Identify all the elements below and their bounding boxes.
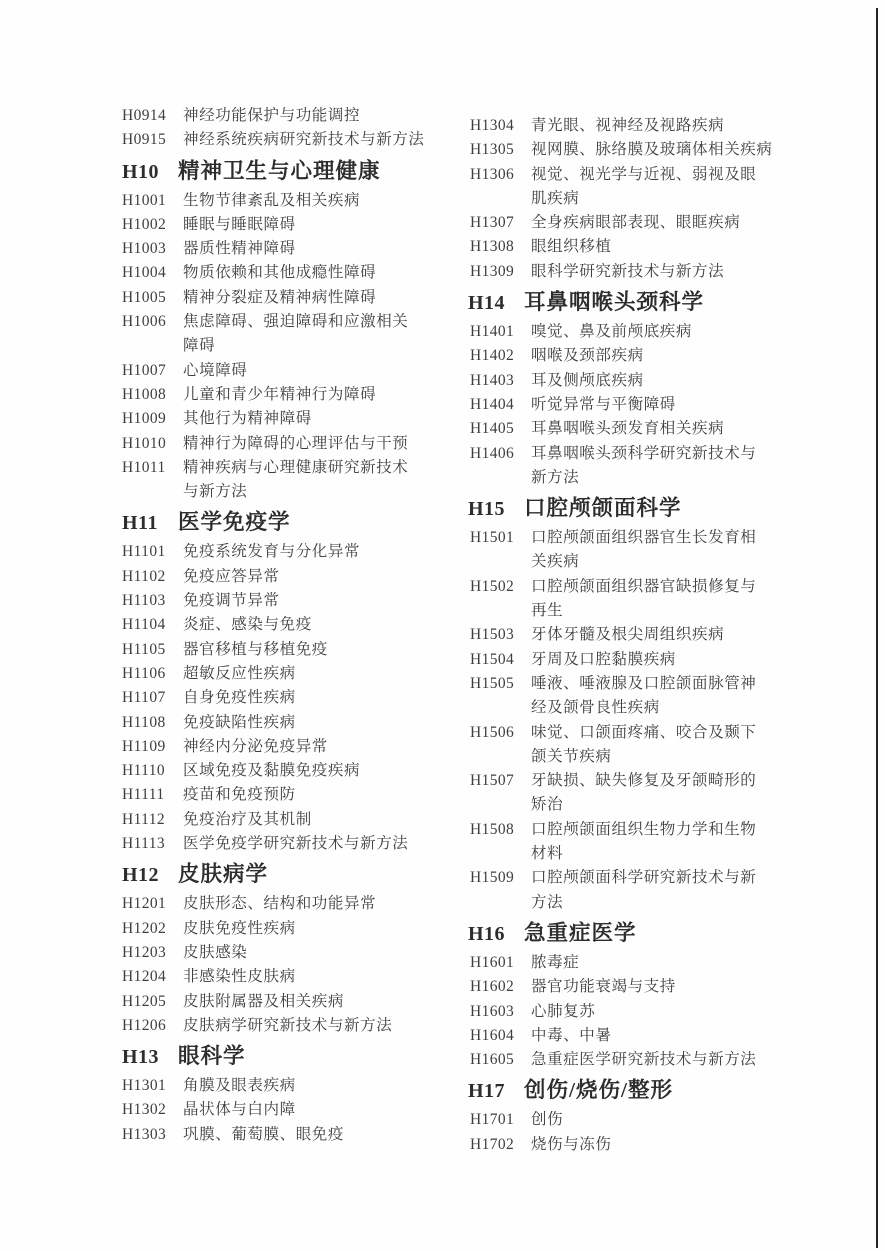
category-text: 免疫治疗及其机制 [183, 808, 445, 832]
category-row: H1108免疫缺陷性疾病 [122, 711, 492, 735]
category-row: H1104炎症、感染与免疫 [122, 613, 492, 637]
category-row: H1007心境障碍 [122, 359, 492, 383]
category-row: H1402咽喉及颈部疾病 [470, 344, 838, 368]
document-page: H0914神经功能保护与功能调控H0915神经系统疾病研究新技术与新方法H10精… [0, 0, 885, 1251]
category-text: 免疫调节异常 [183, 589, 445, 613]
category-text: 皮肤附属器及相关疾病 [183, 990, 445, 1014]
section-title: 口腔颅颌面科学 [524, 495, 682, 521]
section-header: H14耳鼻咽喉头颈科学 [468, 289, 838, 316]
category-text: 急重症医学研究新技术与新方法 [531, 1048, 793, 1072]
category-row: H1302晶状体与白内障 [122, 1098, 492, 1122]
category-code: H1401 [470, 320, 531, 344]
category-text: 牙周及口腔黏膜疾病 [531, 648, 793, 672]
category-code: H1308 [470, 235, 531, 259]
category-row: H1309眼科学研究新技术与新方法 [470, 260, 838, 284]
category-row: H1307全身疾病眼部表现、眼眶疾病 [470, 211, 838, 235]
category-text: 焦虑障碍、强迫障碍和应激相关 障碍 [183, 310, 445, 359]
category-row: H1109神经内分泌免疫异常 [122, 735, 492, 759]
section-title: 急重症医学 [524, 920, 637, 946]
category-row: H1002睡眠与睡眠障碍 [122, 213, 492, 237]
category-row: H1106超敏反应性疾病 [122, 662, 492, 686]
category-text: 口腔颅颌面组织器官生长发育相 关疾病 [531, 526, 793, 575]
category-row: H1509口腔颅颌面科学研究新技术与新 方法 [470, 866, 838, 915]
category-text: 口腔颅颌面组织器官缺损修复与 再生 [531, 575, 793, 624]
category-row: H1006焦虑障碍、强迫障碍和应激相关 障碍 [122, 310, 492, 359]
category-text: 唾液、唾液腺及口腔颌面脉管神 经及颌骨良性疾病 [531, 672, 793, 721]
category-text: 精神分裂症及精神病性障碍 [183, 286, 445, 310]
section-header: H11医学免疫学 [122, 509, 492, 536]
category-code: H1105 [122, 638, 183, 662]
category-code: H1508 [470, 818, 531, 842]
section-header: H10精神卫生与心理健康 [122, 158, 492, 185]
category-row: H1601脓毒症 [470, 951, 838, 975]
category-text: 皮肤病学研究新技术与新方法 [183, 1014, 445, 1038]
category-row: H1110区域免疫及黏膜免疫疾病 [122, 759, 492, 783]
category-text: 疫苗和免疫预防 [183, 783, 445, 807]
category-row: H0914神经功能保护与功能调控 [122, 104, 492, 128]
category-code: H1206 [122, 1014, 183, 1038]
category-code: H0914 [122, 104, 183, 128]
category-code: H1702 [470, 1133, 531, 1157]
category-row: H1702烧伤与冻伤 [470, 1133, 838, 1157]
category-text: 全身疾病眼部表现、眼眶疾病 [531, 211, 793, 235]
category-row: H1011精神疾病与心理健康研究新技术 与新方法 [122, 456, 492, 505]
category-row: H1204非感染性皮肤病 [122, 965, 492, 989]
category-row: H1004物质依赖和其他成瘾性障碍 [122, 261, 492, 285]
category-row: H1103免疫调节异常 [122, 589, 492, 613]
category-text: 耳及侧颅底疾病 [531, 369, 793, 393]
category-text: 区域免疫及黏膜免疫疾病 [183, 759, 445, 783]
category-row: H1504牙周及口腔黏膜疾病 [470, 648, 838, 672]
category-code: H1011 [122, 456, 183, 480]
category-text: 精神行为障碍的心理评估与干预 [183, 432, 445, 456]
category-row: H1306视觉、视光学与近视、弱视及眼 肌疾病 [470, 163, 838, 212]
category-code: H1301 [122, 1074, 183, 1098]
category-row: H1009其他行为精神障碍 [122, 407, 492, 431]
section-header: H12皮肤病学 [122, 861, 492, 888]
category-text: 自身免疫性疾病 [183, 686, 445, 710]
category-code: H1010 [122, 432, 183, 456]
category-code: H0915 [122, 128, 183, 152]
section-header: H15口腔颅颌面科学 [468, 495, 838, 522]
category-text: 晶状体与白内障 [183, 1098, 445, 1122]
category-code: H1303 [122, 1123, 183, 1147]
category-code: H1404 [470, 393, 531, 417]
category-row: H1206皮肤病学研究新技术与新方法 [122, 1014, 492, 1038]
category-text: 烧伤与冻伤 [531, 1133, 793, 1157]
category-row: H1203皮肤感染 [122, 941, 492, 965]
category-text: 医学免疫学研究新技术与新方法 [183, 832, 445, 856]
category-text: 眼科学研究新技术与新方法 [531, 260, 793, 284]
category-code: H1007 [122, 359, 183, 383]
category-row: H1308眼组织移植 [470, 235, 838, 259]
category-text: 耳鼻咽喉头颈发育相关疾病 [531, 417, 793, 441]
category-code: H1104 [122, 613, 183, 637]
category-text: 器官移植与移植免疫 [183, 638, 445, 662]
category-row: H1303巩膜、葡萄膜、眼免疫 [122, 1123, 492, 1147]
category-text: 耳鼻咽喉头颈科学研究新技术与 新方法 [531, 442, 793, 491]
right-column: H1304青光眼、视神经及视路疾病H1305视网膜、脉络膜及玻璃体相关疾病H13… [468, 114, 838, 1157]
category-text: 器官功能衰竭与支持 [531, 975, 793, 999]
category-code: H1009 [122, 407, 183, 431]
category-code: H1005 [122, 286, 183, 310]
category-row: H1112免疫治疗及其机制 [122, 808, 492, 832]
category-row: H1003器质性精神障碍 [122, 237, 492, 261]
category-text: 牙缺损、缺失修复及牙颌畸形的 矫治 [531, 769, 793, 818]
category-text: 神经系统疾病研究新技术与新方法 [183, 128, 445, 152]
category-text: 皮肤感染 [183, 941, 445, 965]
section-title: 眼科学 [178, 1043, 246, 1069]
category-code: H1004 [122, 261, 183, 285]
category-row: H1508口腔颅颌面组织生物力学和生物 材料 [470, 818, 838, 867]
category-row: H1010精神行为障碍的心理评估与干预 [122, 432, 492, 456]
category-row: H1105器官移植与移植免疫 [122, 638, 492, 662]
category-text: 口腔颅颌面科学研究新技术与新 方法 [531, 866, 793, 915]
category-code: H1106 [122, 662, 183, 686]
category-code: H1403 [470, 369, 531, 393]
category-text: 免疫应答异常 [183, 565, 445, 589]
category-code: H1405 [470, 417, 531, 441]
category-row: H1602器官功能衰竭与支持 [470, 975, 838, 999]
category-text: 儿童和青少年精神行为障碍 [183, 383, 445, 407]
category-code: H1107 [122, 686, 183, 710]
category-text: 脓毒症 [531, 951, 793, 975]
category-text: 青光眼、视神经及视路疾病 [531, 114, 793, 138]
category-code: H1304 [470, 114, 531, 138]
category-text: 物质依赖和其他成瘾性障碍 [183, 261, 445, 285]
category-code: H1101 [122, 540, 183, 564]
section-code: H13 [122, 1044, 178, 1070]
category-row: H1505唾液、唾液腺及口腔颌面脉管神 经及颌骨良性疾病 [470, 672, 838, 721]
category-text: 免疫缺陷性疾病 [183, 711, 445, 735]
category-text: 听觉异常与平衡障碍 [531, 393, 793, 417]
category-code: H1603 [470, 1000, 531, 1024]
category-row: H1301角膜及眼表疾病 [122, 1074, 492, 1098]
category-text: 皮肤免疫性疾病 [183, 917, 445, 941]
category-row: H1603心肺复苏 [470, 1000, 838, 1024]
category-row: H1403耳及侧颅底疾病 [470, 369, 838, 393]
category-text: 咽喉及颈部疾病 [531, 344, 793, 368]
section-code: H16 [468, 921, 524, 947]
category-text: 炎症、感染与免疫 [183, 613, 445, 637]
category-text: 口腔颅颌面组织生物力学和生物 材料 [531, 818, 793, 867]
category-code: H1008 [122, 383, 183, 407]
category-row: H1305视网膜、脉络膜及玻璃体相关疾病 [470, 138, 838, 162]
section-code: H12 [122, 862, 178, 888]
category-text: 生物节律紊乱及相关疾病 [183, 189, 445, 213]
category-row: H1205皮肤附属器及相关疾病 [122, 990, 492, 1014]
category-code: H1504 [470, 648, 531, 672]
scanned-page-edge-line [876, 8, 878, 1248]
category-row: H1008儿童和青少年精神行为障碍 [122, 383, 492, 407]
category-row: H1202皮肤免疫性疾病 [122, 917, 492, 941]
category-row: H1405耳鼻咽喉头颈发育相关疾病 [470, 417, 838, 441]
category-code: H1109 [122, 735, 183, 759]
category-row: H1201皮肤形态、结构和功能异常 [122, 892, 492, 916]
category-row: H1113医学免疫学研究新技术与新方法 [122, 832, 492, 856]
category-text: 神经内分泌免疫异常 [183, 735, 445, 759]
category-row: H1604中毒、中暑 [470, 1024, 838, 1048]
category-text: 角膜及眼表疾病 [183, 1074, 445, 1098]
category-code: H1505 [470, 672, 531, 696]
category-text: 睡眠与睡眠障碍 [183, 213, 445, 237]
category-text: 免疫系统发育与分化异常 [183, 540, 445, 564]
section-header: H17创伤/烧伤/整形 [468, 1077, 838, 1104]
category-text: 心境障碍 [183, 359, 445, 383]
category-row: H1111疫苗和免疫预防 [122, 783, 492, 807]
category-code: H1402 [470, 344, 531, 368]
category-row: H1701创伤 [470, 1108, 838, 1132]
category-code: H1406 [470, 442, 531, 466]
section-header: H16急重症医学 [468, 920, 838, 947]
category-row: H1401嗅觉、鼻及前颅底疾病 [470, 320, 838, 344]
category-text: 创伤 [531, 1108, 793, 1132]
category-code: H1205 [122, 990, 183, 1014]
category-row: H1107自身免疫性疾病 [122, 686, 492, 710]
category-row: H1304青光眼、视神经及视路疾病 [470, 114, 838, 138]
category-text: 牙体牙髓及根尖周组织疾病 [531, 623, 793, 647]
category-code: H1307 [470, 211, 531, 235]
category-code: H1112 [122, 808, 183, 832]
category-row: H1005精神分裂症及精神病性障碍 [122, 286, 492, 310]
category-code: H1201 [122, 892, 183, 916]
section-title: 精神卫生与心理健康 [178, 158, 381, 184]
category-code: H1503 [470, 623, 531, 647]
category-code: H1309 [470, 260, 531, 284]
category-code: H1006 [122, 310, 183, 334]
category-text: 心肺复苏 [531, 1000, 793, 1024]
category-text: 非感染性皮肤病 [183, 965, 445, 989]
category-code: H1203 [122, 941, 183, 965]
category-text: 眼组织移植 [531, 235, 793, 259]
category-row: H1001生物节律紊乱及相关疾病 [122, 189, 492, 213]
category-row: H1506味觉、口颌面疼痛、咬合及颞下 颌关节疾病 [470, 721, 838, 770]
category-text: 其他行为精神障碍 [183, 407, 445, 431]
section-code: H14 [468, 290, 524, 316]
category-row: H0915神经系统疾病研究新技术与新方法 [122, 128, 492, 152]
category-row: H1503牙体牙髓及根尖周组织疾病 [470, 623, 838, 647]
category-text: 器质性精神障碍 [183, 237, 445, 261]
category-code: H1306 [470, 163, 531, 187]
category-row: H1404听觉异常与平衡障碍 [470, 393, 838, 417]
category-code: H1103 [122, 589, 183, 613]
section-header: H13眼科学 [122, 1043, 492, 1070]
category-row: H1101免疫系统发育与分化异常 [122, 540, 492, 564]
category-code: H1111 [122, 783, 183, 807]
category-code: H1601 [470, 951, 531, 975]
left-column: H0914神经功能保护与功能调控H0915神经系统疾病研究新技术与新方法H10精… [122, 104, 492, 1147]
category-text: 巩膜、葡萄膜、眼免疫 [183, 1123, 445, 1147]
category-row: H1406耳鼻咽喉头颈科学研究新技术与 新方法 [470, 442, 838, 491]
category-text: 超敏反应性疾病 [183, 662, 445, 686]
category-row: H1102免疫应答异常 [122, 565, 492, 589]
category-code: H1605 [470, 1048, 531, 1072]
section-code: H15 [468, 496, 524, 522]
category-row: H1605急重症医学研究新技术与新方法 [470, 1048, 838, 1072]
section-code: H17 [468, 1078, 524, 1104]
category-row: H1507牙缺损、缺失修复及牙颌畸形的 矫治 [470, 769, 838, 818]
category-text: 神经功能保护与功能调控 [183, 104, 445, 128]
category-code: H1110 [122, 759, 183, 783]
section-code: H11 [122, 510, 178, 536]
category-code: H1604 [470, 1024, 531, 1048]
category-row: H1502口腔颅颌面组织器官缺损修复与 再生 [470, 575, 838, 624]
category-code: H1305 [470, 138, 531, 162]
section-title: 耳鼻咽喉头颈科学 [524, 289, 704, 315]
category-code: H1502 [470, 575, 531, 599]
category-code: H1509 [470, 866, 531, 890]
section-title: 医学免疫学 [178, 509, 291, 535]
category-code: H1701 [470, 1108, 531, 1132]
category-code: H1102 [122, 565, 183, 589]
category-text: 中毒、中暑 [531, 1024, 793, 1048]
section-title: 皮肤病学 [178, 861, 268, 887]
category-row: H1501口腔颅颌面组织器官生长发育相 关疾病 [470, 526, 838, 575]
category-code: H1507 [470, 769, 531, 793]
category-text: 视觉、视光学与近视、弱视及眼 肌疾病 [531, 163, 793, 212]
category-code: H1202 [122, 917, 183, 941]
category-code: H1002 [122, 213, 183, 237]
category-code: H1108 [122, 711, 183, 735]
section-title: 创伤/烧伤/整形 [524, 1077, 673, 1103]
category-text: 嗅觉、鼻及前颅底疾病 [531, 320, 793, 344]
section-code: H10 [122, 159, 178, 185]
category-code: H1001 [122, 189, 183, 213]
category-code: H1003 [122, 237, 183, 261]
category-code: H1302 [122, 1098, 183, 1122]
category-text: 视网膜、脉络膜及玻璃体相关疾病 [531, 138, 793, 162]
category-code: H1501 [470, 526, 531, 550]
category-code: H1506 [470, 721, 531, 745]
category-code: H1113 [122, 832, 183, 856]
category-code: H1602 [470, 975, 531, 999]
category-code: H1204 [122, 965, 183, 989]
category-text: 皮肤形态、结构和功能异常 [183, 892, 445, 916]
category-text: 味觉、口颌面疼痛、咬合及颞下 颌关节疾病 [531, 721, 793, 770]
category-text: 精神疾病与心理健康研究新技术 与新方法 [183, 456, 445, 505]
